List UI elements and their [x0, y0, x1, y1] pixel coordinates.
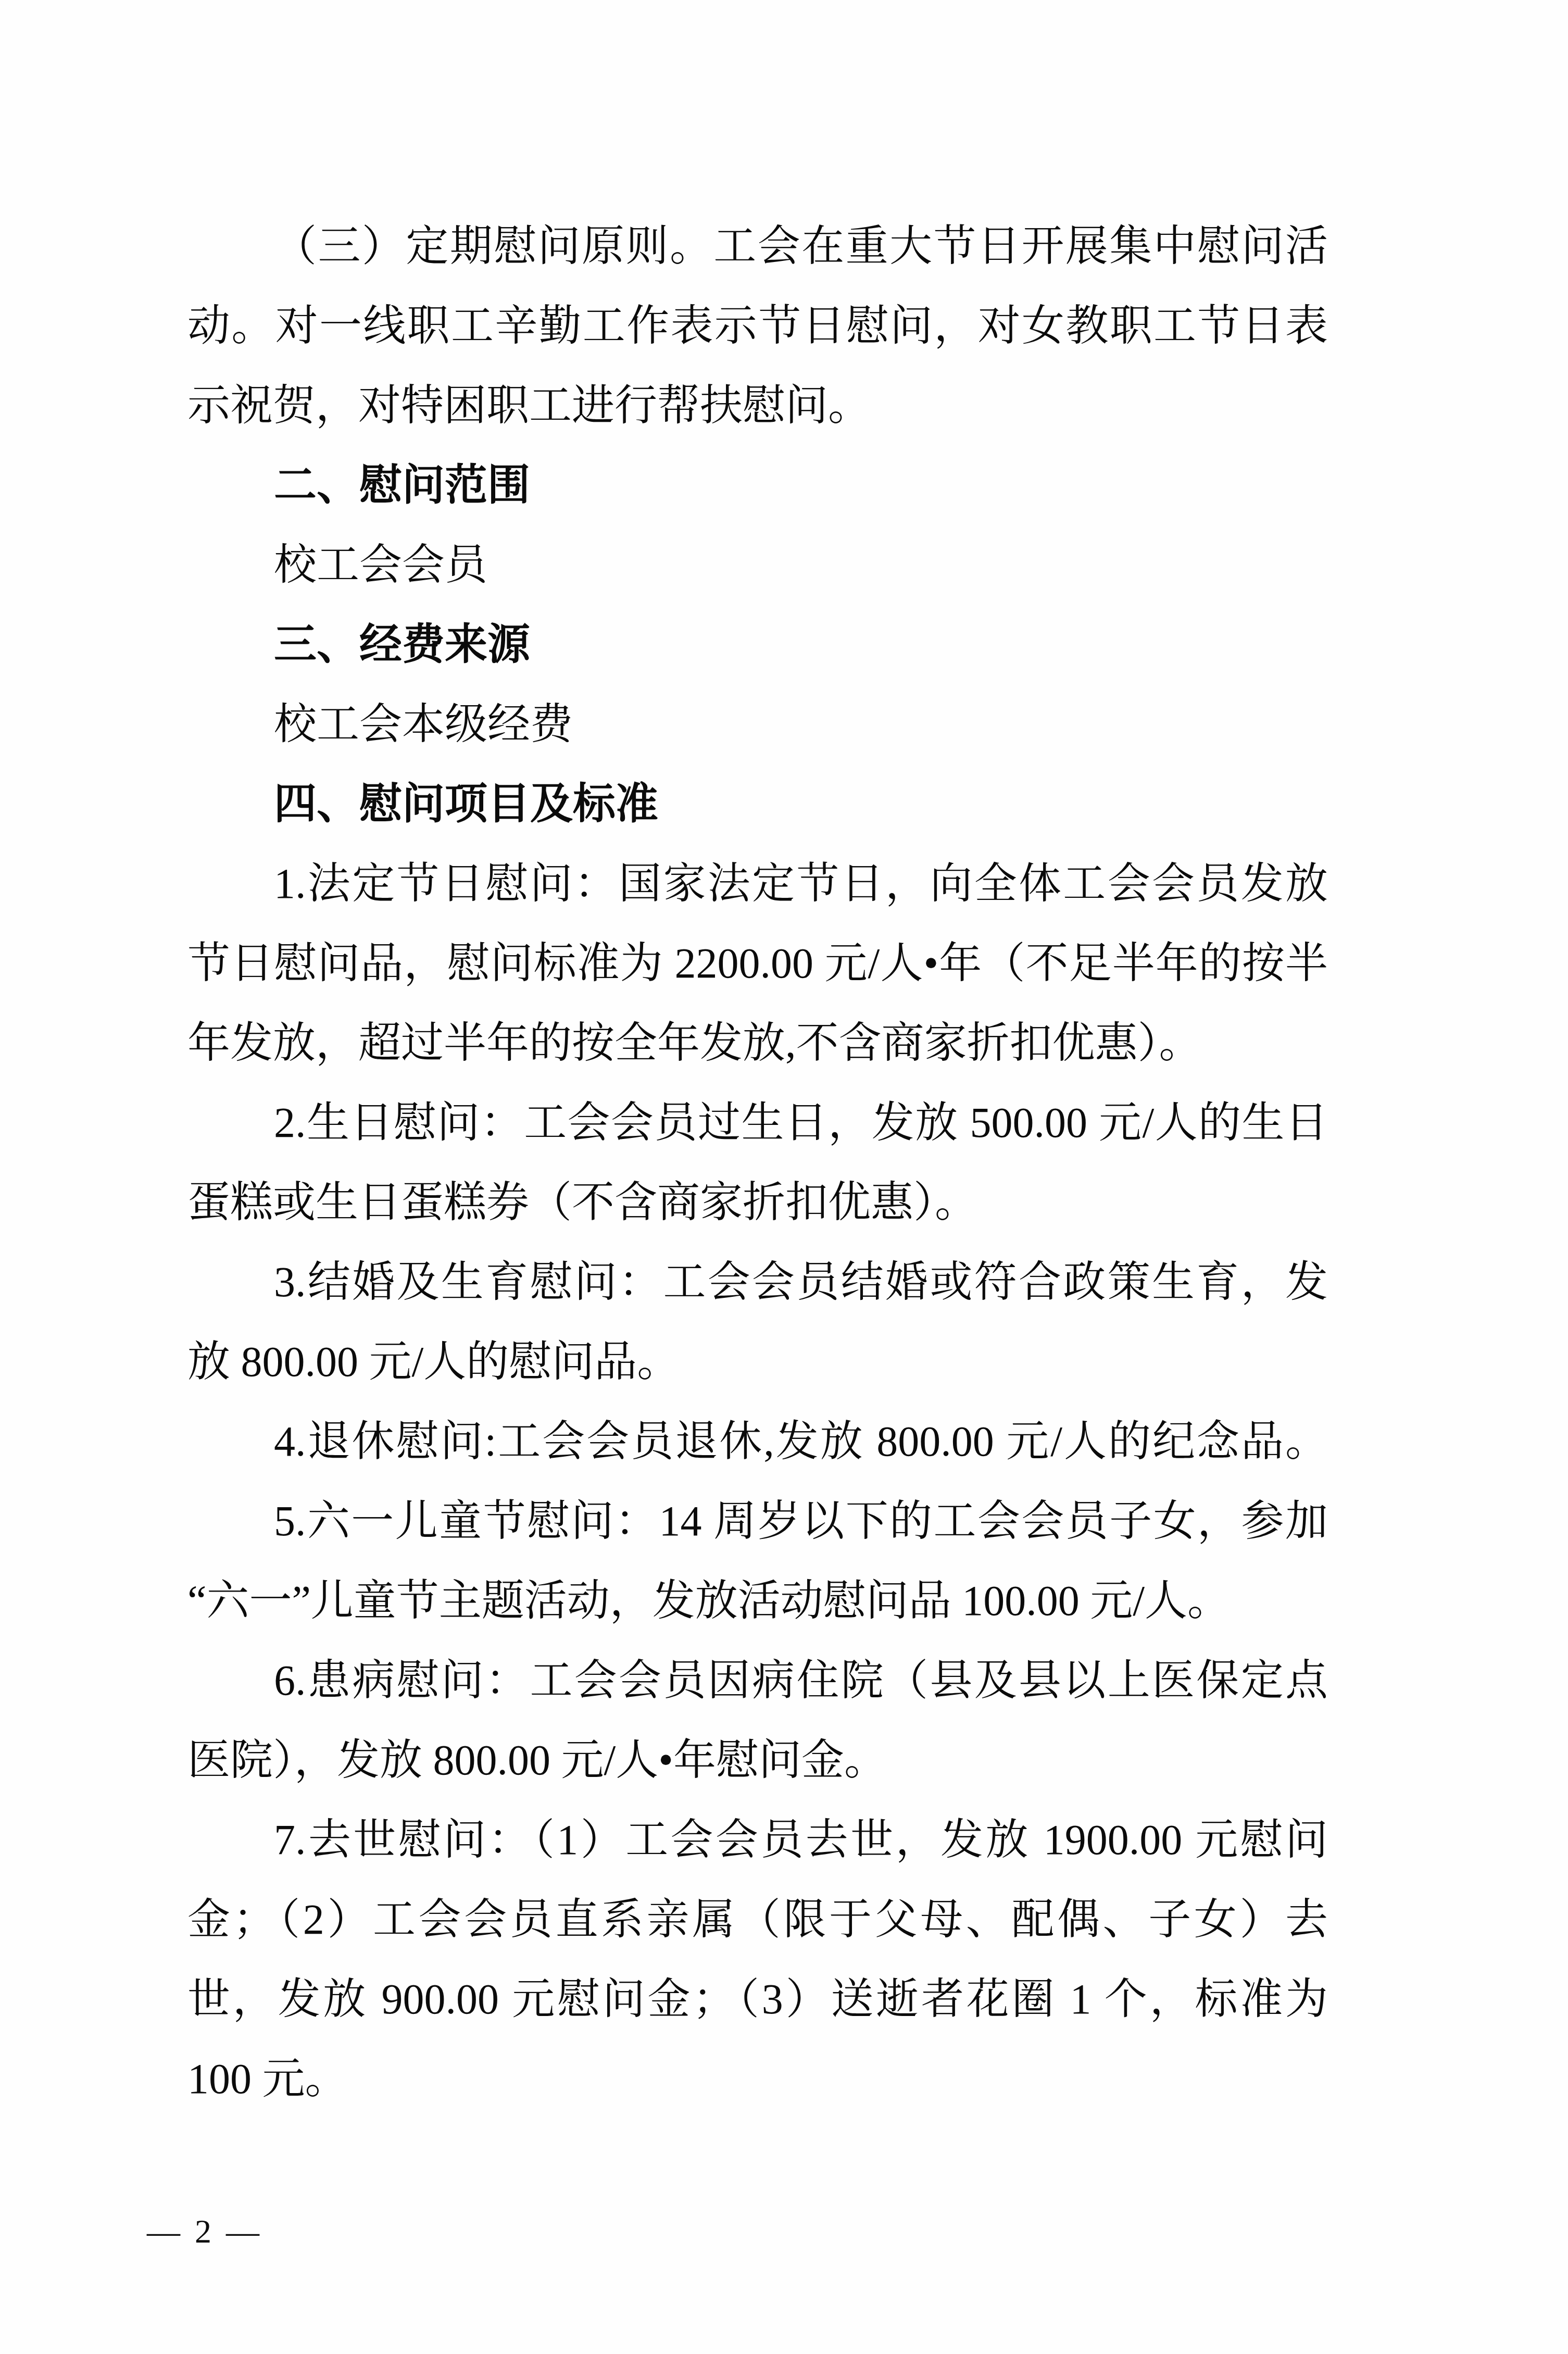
- section-heading: 三、经费来源: [187, 617, 1328, 673]
- page-number: — 2 —: [147, 2212, 262, 2251]
- text-line: 4.退休慰问:工会会员退休,发放 800.00 元/人的纪念品。: [187, 1414, 1328, 1470]
- text-line: “六一”儿童节主题活动，发放活动慰问品 100.00 元/人。: [187, 1573, 1328, 1629]
- text-line: 3.结婚及生育慰问：工会会员结婚或符合政策生育，发: [187, 1255, 1328, 1310]
- text-line: 校工会会员: [187, 537, 1328, 593]
- text-line: 金；（2）工会会员直系亲属（限于父母、配偶、子女）去: [187, 1892, 1328, 1948]
- text-line: 年发放，超过半年的按全年发放,不含商家折扣优惠）。: [187, 1016, 1328, 1071]
- text-line: 蛋糕或生日蛋糕券（不含商家折扣优惠）。: [187, 1175, 1328, 1231]
- text-line: 100 元。: [187, 2051, 1328, 2107]
- text-line: 节日慰问品，慰问标准为 2200.00 元/人•年（不足半年的按半: [187, 936, 1328, 992]
- document-page: （三）定期慰问原则。工会在重大节日开展集中慰问活动。对一线职工辛勤工作表示节日慰…: [0, 0, 1568, 2354]
- text-line: 6.患病慰问：工会会员因病住院（县及县以上医保定点: [187, 1653, 1328, 1709]
- text-line: 动。对一线职工辛勤工作表示节日慰问，对女教职工节日表: [187, 298, 1328, 354]
- text-line: 1.法定节日慰问：国家法定节日，向全体工会会员发放: [187, 856, 1328, 912]
- section-heading: 四、慰问项目及标准: [187, 777, 1328, 832]
- text-line: 放 800.00 元/人的慰问品。: [187, 1334, 1328, 1390]
- text-line: 示祝贺，对特困职工进行帮扶慰问。: [187, 378, 1328, 434]
- text-line: 医院），发放 800.00 元/人•年慰问金。: [187, 1733, 1328, 1788]
- text-line: 7.去世慰问：（1）工会会员去世，发放 1900.00 元慰问: [187, 1812, 1328, 1868]
- text-line: 5.六一儿童节慰问：14 周岁以下的工会会员子女，参加: [187, 1494, 1328, 1549]
- text-line: （三）定期慰问原则。工会在重大节日开展集中慰问活: [187, 219, 1328, 274]
- text-line: 校工会本级经费: [187, 697, 1328, 753]
- text-line: 世，发放 900.00 元慰问金；（3）送逝者花圈 1 个，标准为: [187, 1972, 1328, 2027]
- section-heading: 二、慰问范围: [187, 458, 1328, 514]
- text-line: 2.生日慰问：工会会员过生日，发放 500.00 元/人的生日: [187, 1095, 1328, 1151]
